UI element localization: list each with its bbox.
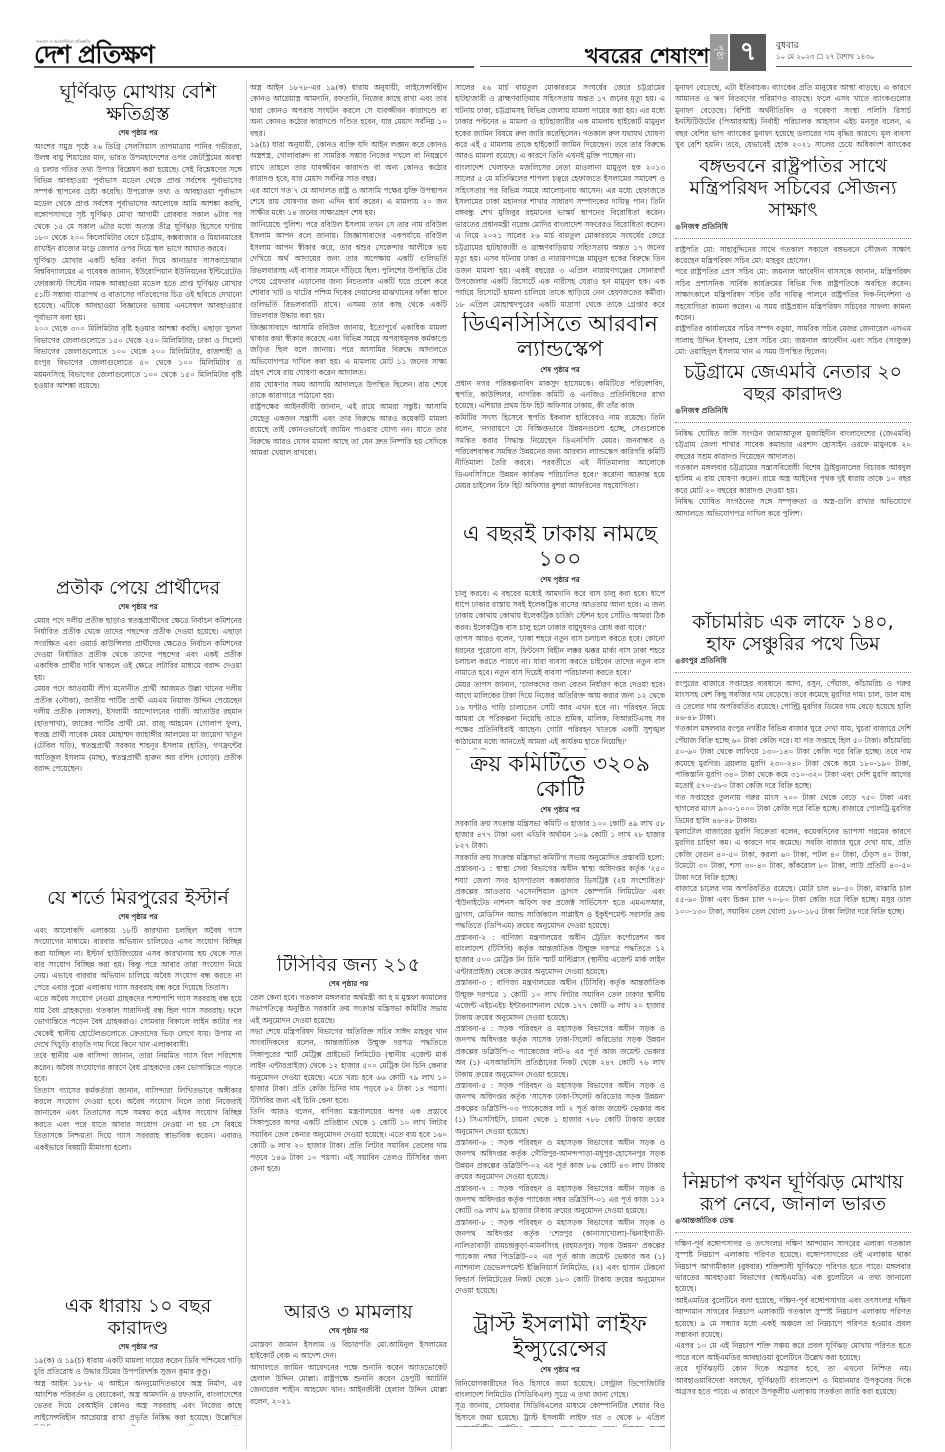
article-body: মুনাফা বেড়েছে, এটা ইতিবাচক। ব্যাংকের প্… xyxy=(675,82,911,152)
jump-label: শেষ পৃষ্ঠার পর xyxy=(455,1364,665,1376)
article-headline[interactable]: বঙ্গভবনে রাষ্ট্রপতির সাথে মন্ত্রিপরিষদ স… xyxy=(675,156,911,222)
article-headline[interactable]: যে শর্তে মিরপুরের ইস্টার্ন xyxy=(34,888,242,910)
jump-label: শেষ পৃষ্ঠার পর xyxy=(455,804,665,816)
jump-label: শেষ পৃষ্ঠার পর xyxy=(34,601,242,613)
paragraph: এবং আলোকদি এলাকায় ১৮টি কারখানা চলছিল অব… xyxy=(34,925,242,993)
article-headline[interactable]: ঘূর্ণিঝড় মোখায় বেশি ক্ষতিগ্রস্ত xyxy=(34,82,242,126)
paragraph: রায় ঘোষণার সময় আসামি আদালতে উপস্থিত ছি… xyxy=(250,379,447,402)
article-headline[interactable]: কাঁচামরিচ এক লাফে ১৪০, হাফ সেঞ্চুরির পথে… xyxy=(675,612,911,656)
paragraph: মেয়র তাপস জানান, 'চালকদের জন্য বেতন নির… xyxy=(455,679,665,747)
article-headline[interactable]: নিম্নচাপ কখন ঘূর্ণিঝড় মোখায় রূপ নেবে, … xyxy=(675,1172,911,1216)
paragraph: ঘূর্ণিঝড় মোখার একটি ছবির বর্ণনা দিয়ে ক… xyxy=(34,255,242,323)
paragraph: গত সপ্তাহের তুলনায় গরুর মাংস ৭০০ টাকা থ… xyxy=(675,792,911,826)
article-byline: আন্তর্জাতিক ডেস্ক xyxy=(675,1216,911,1233)
paragraph: গতকাল মঙ্গলবার চট্টগ্রামের সন্ত্রাসবিরোধ… xyxy=(675,462,911,496)
paragraph: প্রস্তাবনা-৬ : সড়ক পরিবহন ও মহাসড়ক বিভ… xyxy=(455,1137,665,1183)
article-body: নিষিদ্ধ ঘোষিত জঙ্গি সংগঠন জামাআতুল মুজাহ… xyxy=(675,428,911,519)
column-divider xyxy=(670,80,671,1450)
article-bank-profit[interactable]: মুনাফা বেড়েছে, এটা ইতিবাচক। ব্যাংকের প্… xyxy=(675,82,911,152)
article-cyclone-india[interactable]: নিম্নচাপ কখন ঘূর্ণিঝড় মোখায় রূপ নেবে, … xyxy=(675,1172,911,1427)
paragraph: ১৯(চ) ধারা অনুযায়ী, কোনও ব্যক্তি যদি আই… xyxy=(250,139,447,185)
paragraph: প্রস্তাবনা-৩ : বাণিজ্য মন্ত্রণালয়ের অধী… xyxy=(455,977,665,1023)
column-divider xyxy=(451,80,452,1450)
newspaper-logo[interactable]: দেশ প্রতিক্ষণ xyxy=(34,42,154,67)
article-body: মোস্তফা জামান ইসলাম ও বিচারপতি মো.আমিনুল… xyxy=(250,1339,447,1407)
article-body: চালু করবে। এ বছরের মধ্যেই আমদানি করে বাস… xyxy=(455,588,665,750)
paragraph: দক্ষিণ-পূর্ব বঙ্গোপসাগর ও তৎসংলগ্ন দক্ষি… xyxy=(675,1238,911,1295)
article-jmb-leader[interactable]: চট্টগ্রামে জেএমবি নেতার ২০ বছর কারাদণ্ড … xyxy=(675,362,911,612)
paragraph: নিষিদ্ধ ঘোষিত সংগঠনের সঙ্গে সম্পৃক্ততা ও… xyxy=(675,496,911,519)
article-headline[interactable]: আরও ৩ মামলায় xyxy=(250,1302,447,1324)
article-headline[interactable]: ট্রাস্ট ইসলামী লাইফ ইন্স্যুরেন্সের xyxy=(455,1312,665,1363)
article-body: রাষ্ট্রপতি মো: সাহাবুদ্দিনের সাথে গতকাল … xyxy=(675,244,911,358)
paragraph: মেয়র পদে আওয়ামী লীগ মনোনীত প্রার্থী আজ… xyxy=(34,683,242,774)
article-body: বিনিয়োগকারীদের বিও হিসাবে জমা হয়েছে। স… xyxy=(455,1378,665,1427)
paragraph: নিষিদ্ধ ঘোষিত জঙ্গি সংগঠন জামাআতুল মুজাহ… xyxy=(675,428,911,462)
paragraph: প্রস্তাবনা-১ : স্বাস্থ্য সেবা বিভাগের অধ… xyxy=(455,863,665,931)
paragraph: গতকাল মঙ্গলবার রংপুর নগরীর বিভিন্ন বাজার… xyxy=(675,723,911,791)
paragraph: ১৯(ক) ও ১৯(চ) ধারায় একটি মামলা দায়ের ক… xyxy=(34,1355,242,1378)
article-body: এবং আলোকদি এলাকায় ১৮টি কারখানা চলছিল অব… xyxy=(34,925,242,1153)
article-byline: রংপুর প্রতিনিধি xyxy=(675,656,911,673)
paragraph: জানিয়েছে পুলিশ। পরে রবিউল ইসলাম তখন সে … xyxy=(250,219,447,322)
jump-label: শেষ পৃষ্ঠার পর xyxy=(34,127,242,139)
issue-date: ১০ মে ২০২৩ ☐ ২৭ বৈশাখ ১৪৩০ xyxy=(776,51,874,63)
article-body: সরকারি ক্রয় সংক্রান্ত মন্ত্রিসভা কমিটি … xyxy=(455,818,665,1297)
article-ten-years[interactable]: এক ধারায় ১০ বছর কারাদণ্ড শেষ পৃষ্ঠার পর… xyxy=(34,1296,242,1426)
paragraph: প্রস্তাবনা-২ : বাণিজ্য মন্ত্রণালয়ের অধী… xyxy=(455,932,665,978)
article-headline[interactable]: এ বছরই ঢাকায় নামছে ১০০ xyxy=(455,522,665,573)
paragraph: তিতাস গ্যাসের কর্মকর্তারা জানান, বাসিন্দ… xyxy=(34,1085,242,1153)
paragraph: জিজ্ঞাসাবাদে আসামি রবিউল জানায়, ইতোপূর্… xyxy=(250,322,447,379)
paragraph: মুলাটোল বাজারের মুরগি বিক্রেতা বলেন, কয়… xyxy=(675,826,911,883)
article-headline[interactable]: ক্রয় কমিটিতে ৩২০৯ কোটি xyxy=(455,752,665,803)
paragraph: সূত্র জানায়, সোমবার সিডিবিএলের মাধ্যমে … xyxy=(455,1400,665,1427)
paragraph: বাংলাদেশ খেলাফত মজলিসের নেতা মাওলানা মাম… xyxy=(455,162,665,309)
article-three-cases[interactable]: আরও ৩ মামলায় শেষ পৃষ্ঠার পর মোস্তফা জাম… xyxy=(250,1302,447,1427)
masthead-divider xyxy=(480,66,708,67)
article-bangabhaban[interactable]: বঙ্গভবনে রাষ্ট্রপতির সাথে মন্ত্রিপরিষদ স… xyxy=(675,156,911,361)
paragraph: অস্ত্র আইন ১৮৭৮ এ আইনে অননুমোদিতভাবে অস্… xyxy=(34,1378,242,1427)
article-tcb-procurement[interactable]: ক্রয় কমিটিতে ৩২০৯ কোটি শেষ পৃষ্ঠার পর স… xyxy=(455,752,665,1312)
article-body: দক্ষিণ-পূর্ব বঙ্গোপসাগর ও তৎসংলগ্ন দক্ষি… xyxy=(675,1238,911,1398)
article-eastern-housing[interactable]: যে শর্তে মিরপুরের ইস্টার্ন শেষ পৃষ্ঠার প… xyxy=(34,888,242,1273)
paragraph: এরপর ১০ মে এই নিম্নচাপ শক্তি সঞ্চয় করে … xyxy=(675,1340,911,1363)
paragraph: পরে রাষ্ট্রপতির প্রেস সচিব মো: জয়নাল আব… xyxy=(675,266,911,323)
article-mamunul-haque[interactable]: সালের ২৬ মার্চ বায়তুল মোকাররমে সংঘর্ষের… xyxy=(455,82,665,309)
paragraph: এতে অবৈধ সংযোগ নেওয়া গ্রাহকদের পাশাপাশি… xyxy=(34,993,242,1050)
paragraph: মুনাফা বেড়েছে, এটা ইতিবাচক। ব্যাংকের প্… xyxy=(675,82,911,152)
paragraph: তবে ঘূর্ণিঝড়টি কোন দিকে অগ্রসর হবে, তা … xyxy=(675,1363,911,1397)
paragraph: কমিটির সদস্য হিসেবে স্থপতি ইকবাল হাবিবের… xyxy=(455,412,665,492)
paragraph: ২০০ থেকে ৩০০ মিলিমিটার বৃষ্টি হওয়ার আশঙ… xyxy=(34,323,242,391)
article-pratik[interactable]: প্রতীক পেয়ে প্রার্থীদের শেষ পৃষ্ঠার পর … xyxy=(34,578,242,883)
paragraph: রাষ্ট্রপক্ষের আইনজীবী জানান, এই রায়ে আম… xyxy=(250,401,447,458)
paragraph: তাপস আরও বলেন, 'ঢাকা শহরে নতুন বাস চলাচল… xyxy=(455,633,665,679)
paragraph: বাজারে চালের দাম অপরিবর্তিত রয়েছে। মোটা… xyxy=(675,883,911,917)
paragraph: আইএমডির বুলেটিনে বলা হয়েছে, দক্ষিণ-পূর্… xyxy=(675,1295,911,1341)
article-headline[interactable]: চট্টগ্রামে জেএমবি নেতার ২০ বছর কারাদণ্ড xyxy=(675,362,911,406)
article-rangpur-market[interactable]: কাঁচামরিচ এক লাফে ১৪০, হাফ সেঞ্চুরির পথে… xyxy=(675,612,911,1172)
paragraph: প্রস্তাবনা-৫ : সড়ক পরিবহন ও মহাসড়ক বিভ… xyxy=(455,1080,665,1137)
article-arms-act[interactable]: অস্ত্র আইন ১৮৭৮-এর ১৯(ক) ধারায় অনুযায়ী… xyxy=(250,82,447,942)
paragraph: এর আগে গত ৭ মে আদালত রাষ্ট্র ও আসামি পক্… xyxy=(250,185,447,219)
page-number: ৭ xyxy=(730,34,766,71)
article-body: সালের ২৬ মার্চ বায়তুল মোকাররমে সংঘর্ষের… xyxy=(455,82,665,309)
paragraph: অস্ত্র আইন ১৮৭৮-এর ১৯(ক) ধারায় অনুযায়ী… xyxy=(250,82,447,139)
column-divider xyxy=(246,80,247,1450)
paragraph: তেল কেনা হবে। গতকাল মঙ্গলবার অর্থমন্ত্রী… xyxy=(250,992,447,1026)
paragraph: মোস্তফা জামান ইসলাম ও বিচারপতি মো.আমিনুল… xyxy=(250,1339,447,1362)
paragraph: রাষ্ট্রপতি মো: সাহাবুদ্দিনের সাথে গতকাল … xyxy=(675,244,911,267)
article-cyclone-mocha[interactable]: ঘূর্ণিঝড় মোখায় বেশি ক্ষতিগ্রস্ত শেষ পৃ… xyxy=(34,82,242,532)
paragraph: উত্তর সিটি করপোরেশনের মেয়র আতিকুল ইসলাম… xyxy=(455,747,665,750)
article-byline: নিজস্ব প্রতিনিধি xyxy=(675,406,911,423)
masthead-divider xyxy=(34,66,474,68)
section-title: খবরের শেষাংশ xyxy=(585,40,709,75)
paragraph: সরকারি ক্রয় সংক্রান্ত মন্ত্রিসভা কমিটি … xyxy=(455,818,665,852)
paragraph: বিনিয়োগকারীদের বিও হিসাবে জমা হয়েছে। স… xyxy=(455,1378,665,1401)
article-body: তেল কেনা হবে। গতকাল মঙ্গলবার অর্থমন্ত্রী… xyxy=(250,992,447,1175)
article-headline[interactable]: ডিএনসিসিতে আরবান ল্যান্ডস্কেপ xyxy=(455,312,665,363)
paragraph: তিনি আরও বলেন, বাণিজ্য মন্ত্রণালয়ের অপর… xyxy=(250,1106,447,1174)
article-body: মেয়র পদে দলীয় প্রতীক ছাড়াও স্বতন্ত্রপ… xyxy=(34,615,242,775)
paragraph: সভা শেষে মন্ত্রিপরিষদ বিভাগের অতিরিক্ত স… xyxy=(250,1026,447,1106)
paragraph: রংপুরের বাজারে সপ্তাহের ব্যবধানে আদা, রস… xyxy=(675,678,911,724)
jump-label: শেষ পৃষ্ঠার পর xyxy=(455,364,665,376)
article-dhaka-bus[interactable]: এ বছরই ঢাকায় নামছে ১০০ শেষ পৃষ্ঠার পর চ… xyxy=(455,522,665,750)
jump-label: শেষ পৃষ্ঠার পর xyxy=(250,1325,447,1337)
article-body: অস্ত্র আইন ১৮৭৮-এর ১৯(ক) ধারায় অনুযায়ী… xyxy=(250,82,447,458)
paragraph: প্রস্তাবনা-৪ : সড়ক পরিবহন ও মহাসড়ক বিভ… xyxy=(455,1023,665,1080)
article-body: ১৯(ক) ও ১৯(চ) ধারায় একটি মামলা দায়ের ক… xyxy=(34,1355,242,1426)
paragraph: প্রস্তাবনা-৮ : সড়ক পরিবহন ও মহাসড়ক বিভ… xyxy=(455,1217,665,1297)
jump-label: শেষ পৃষ্ঠার পর xyxy=(34,911,242,923)
article-headline[interactable]: এক ধারায় ১০ বছর কারাদণ্ড xyxy=(34,1296,242,1340)
paragraph: সালের ২৬ মার্চ বায়তুল মোকাররমে সংঘর্ষের… xyxy=(455,82,665,162)
article-body: রংপুরের বাজারে সপ্তাহের ব্যবধানে আদা, রস… xyxy=(675,678,911,918)
paragraph: সরকারি ক্রয় সংক্রান্ত মন্ত্রিসভা কমিটি'… xyxy=(455,852,665,863)
paragraph: প্রস্তাবনা-৭ : সড়ক পরিবহন ও মহাসড়ক বিভ… xyxy=(455,1183,665,1217)
article-byline: নিজস্ব প্রতিনিধি xyxy=(675,222,911,239)
page-label: পৃষ্ঠা xyxy=(710,34,728,71)
paragraph: মেয়র পদে দলীয় প্রতীক ছাড়াও স্বতন্ত্রপ… xyxy=(34,615,242,683)
article-trust-islami-life[interactable]: ট্রাস্ট ইসলামী লাইফ ইন্স্যুরেন্সের শেষ প… xyxy=(455,1312,665,1427)
paragraph: রাষ্ট্রপতির কার্যালয়ের সচিব সম্পদ বড়ুয… xyxy=(675,323,911,357)
jump-label: শেষ পৃষ্ঠার পর xyxy=(455,574,665,586)
article-tcb-215[interactable]: টিসিবির জন্য ২১৫ শেষ পৃষ্ঠার পর তেল কেনা… xyxy=(250,955,447,1240)
masthead: সত্যবাদ ও জবাবদিহিতা প্রতিশ্রুতি দেশ প্র… xyxy=(0,0,945,70)
masthead-divider xyxy=(776,66,912,67)
article-headline[interactable]: টিসিবির জন্য ২১৫ xyxy=(250,955,447,977)
article-dncc-landscape[interactable]: ডিএনসিসিতে আরবান ল্যান্ডস্কেপ শেষ পৃষ্ঠা… xyxy=(455,312,665,522)
jump-label: শেষ পৃষ্ঠার পর xyxy=(34,1341,242,1353)
jump-label: শেষ পৃষ্ঠার পর xyxy=(250,978,447,990)
paragraph: প্রধান নগর পরিকল্পনাবিদ মাকসুদ হাসেমকে। … xyxy=(455,378,665,412)
paragraph: তবে স্থানীয় এক বাসিন্দা জানান, তারা নিয… xyxy=(34,1050,242,1084)
article-body: অংশের সমুদ্র পৃষ্ঠে ২৬ ডিগ্রি সেলসিয়াস … xyxy=(34,141,242,392)
article-headline[interactable]: প্রতীক পেয়ে প্রার্থীদের xyxy=(34,578,242,600)
paragraph: চালু করবে। এ বছরের মধ্যেই আমদানি করে বাস… xyxy=(455,588,665,634)
paragraph: আদালতে জামিন আবেদনের পক্ষে শুনানি করেন অ… xyxy=(250,1362,447,1408)
paragraph: অংশের সমুদ্র পৃষ্ঠে ২৬ ডিগ্রি সেলসিয়াস … xyxy=(34,141,242,255)
article-body: প্রধান নগর পরিকল্পনাবিদ মাকসুদ হাসেমকে। … xyxy=(455,378,665,492)
